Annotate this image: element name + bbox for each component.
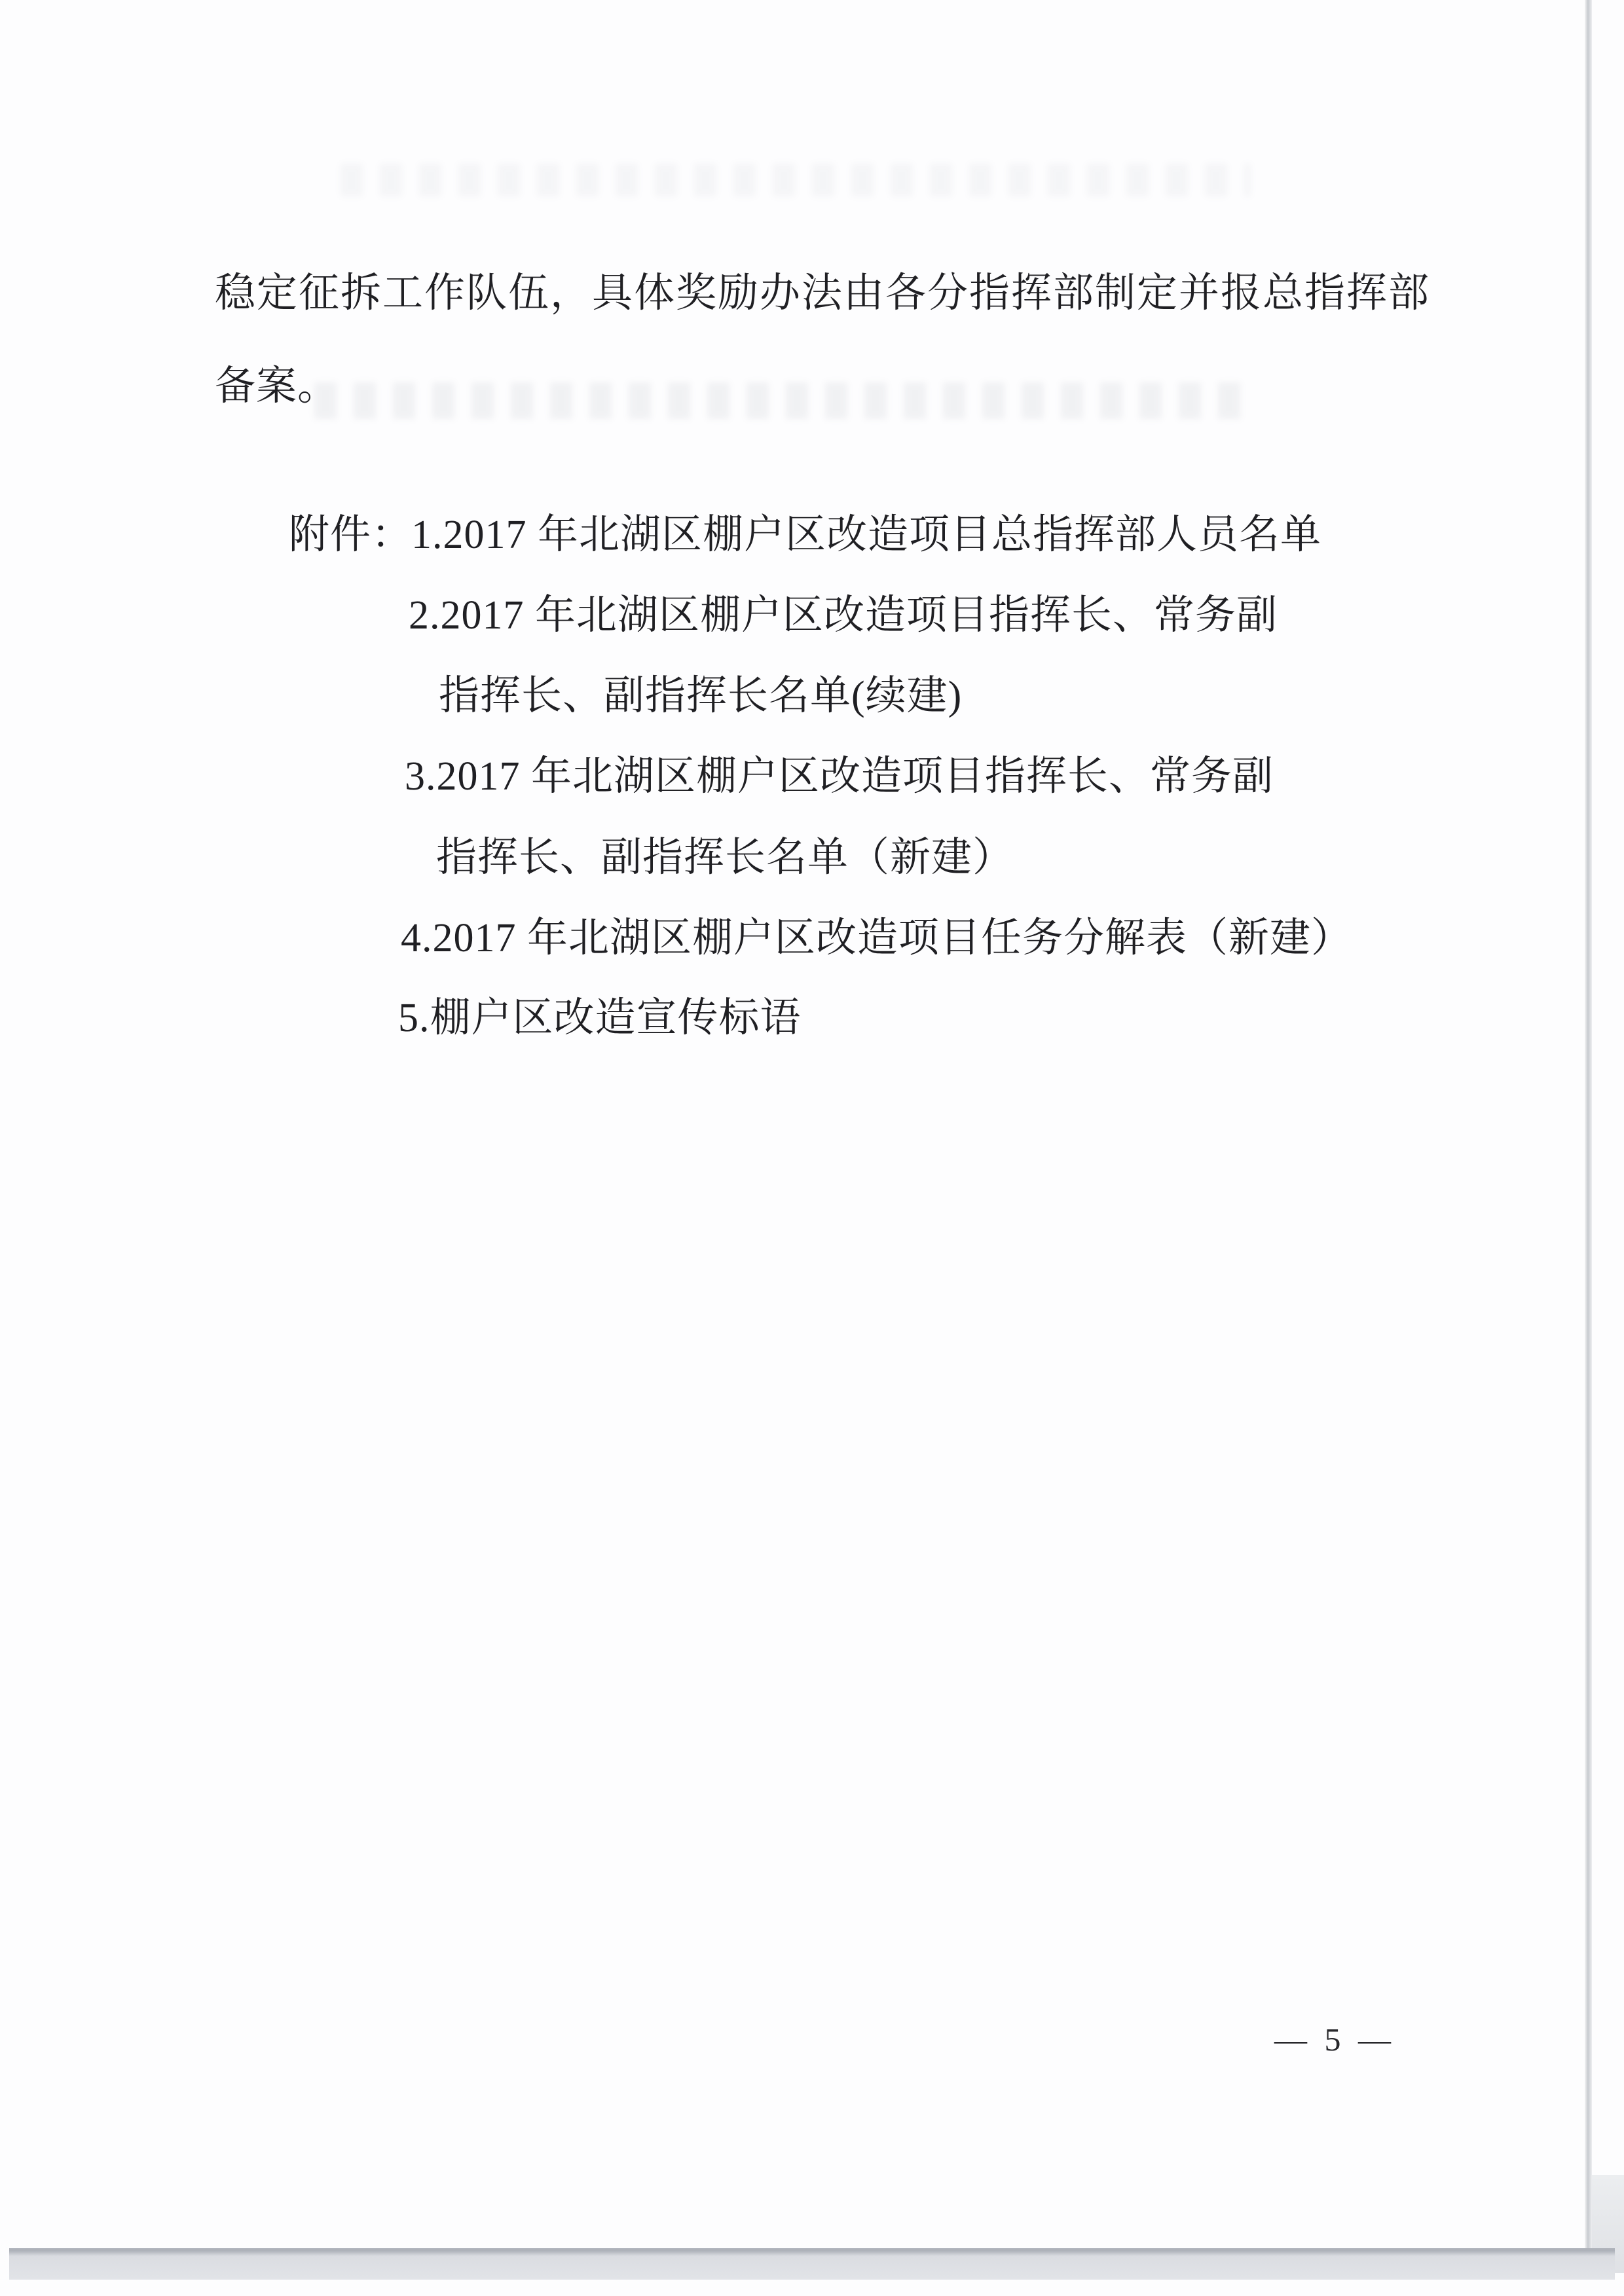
body-paragraph-line-1: 稳定征拆工作队伍，具体奖励办法由各分指挥部制定并报总指挥部: [215, 270, 1430, 318]
attachment-item-3-line-1: 3.2017 年北湖区棚户区改造项目指挥长、常务副: [405, 753, 1274, 801]
bleedthrough-artifact: [341, 164, 1251, 196]
scan-edge-right: [1585, 0, 1592, 2259]
attachment-item-5: 5.棚户区改造宣传标语: [398, 994, 802, 1042]
attachment-item-3-line-2: 指挥长、副指挥长名单（新建）: [436, 834, 1014, 882]
attachment-item-2-line-1: 2.2017 年北湖区棚户区改造项目指挥长、常务副: [409, 592, 1278, 640]
attachment-item-1: 1.2017 年北湖区棚户区改造项目总指挥部人员名单: [411, 511, 1321, 559]
attachment-item-4: 4.2017 年北湖区棚户区改造项目任务分解表（新建）: [401, 915, 1352, 962]
attachment-item-2-line-2: 指挥长、副指挥长名单(续建): [439, 672, 962, 720]
scan-edge-bottom: [9, 2248, 1615, 2280]
document-page: 稳定征拆工作队伍，具体奖励办法由各分指挥部制定并报总指挥部 备案。 附件： 1.…: [0, 0, 1624, 2296]
body-paragraph-line-2: 备案。: [215, 363, 339, 410]
page-number: — 5 —: [1274, 2020, 1395, 2058]
attachments-label: 附件：: [289, 511, 413, 559]
bleedthrough-artifact: [314, 382, 1251, 419]
